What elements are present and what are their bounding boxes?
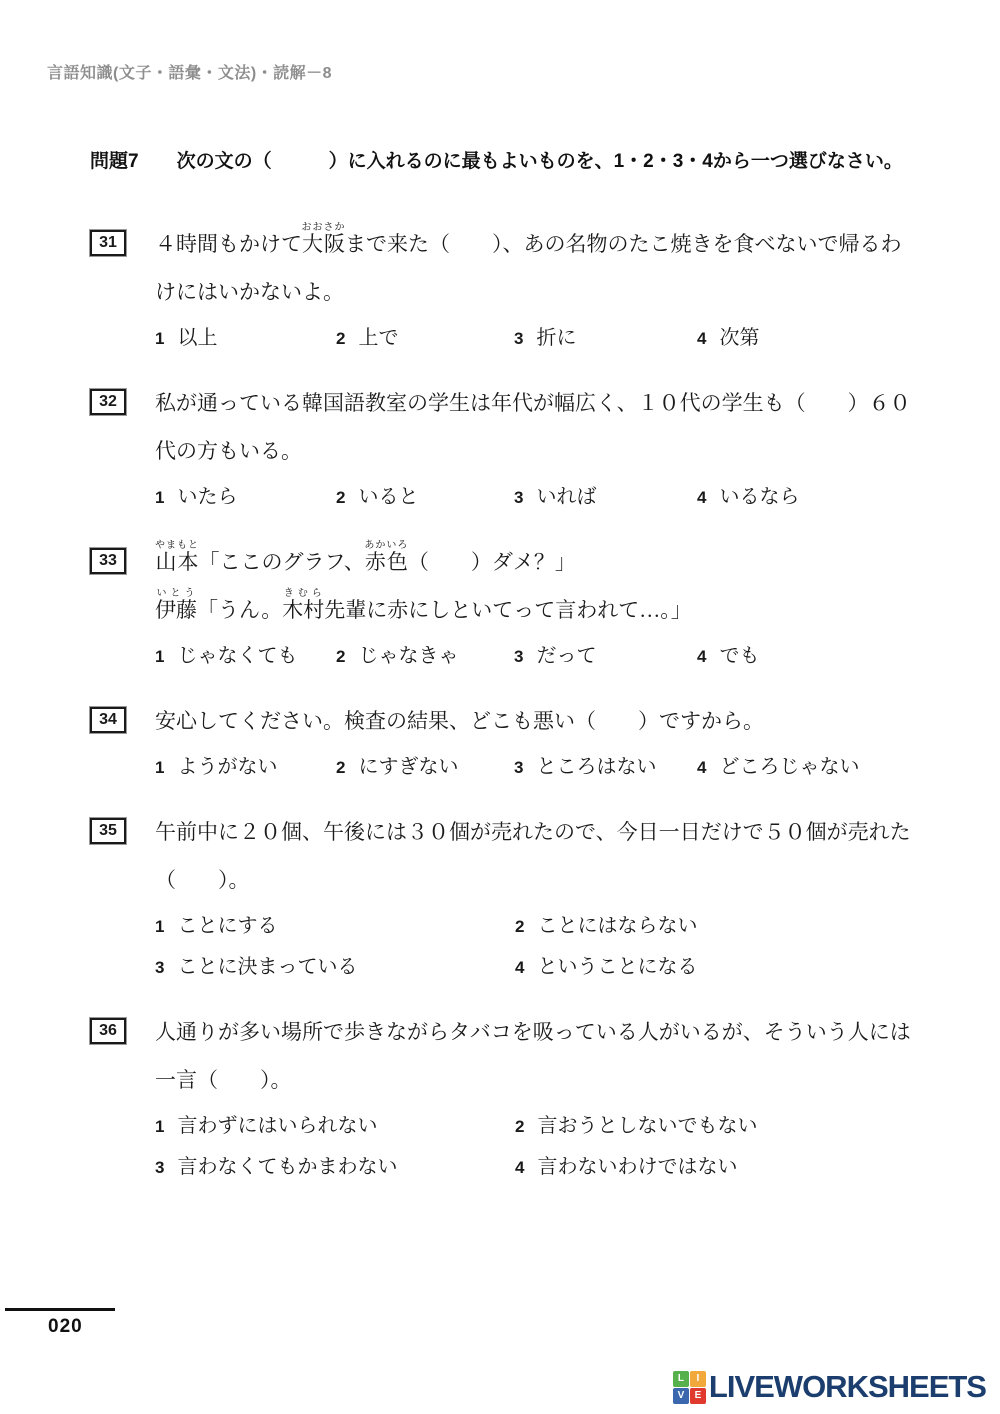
options-row: 1ことにする2ことにはならない3ことに決まっている4ということになる [155, 906, 950, 988]
option-text: 折に [536, 327, 576, 349]
question-block: 35午前中に２０個、午後には３０個が売れたので、今日一日だけで５０個が売れた（ … [0, 808, 1000, 988]
question-text: 安心してください。検査の結果、どこも悪い（ ）ですから。 [155, 709, 764, 733]
option-item[interactable]: 2いると [336, 477, 514, 518]
option-item[interactable]: 4いるなら [697, 477, 950, 518]
question-block: 34安心してください。検査の結果、どこも悪い（ ）ですから。1ようがない2にすぎ… [0, 697, 1000, 788]
option-item[interactable]: 4次第 [697, 318, 950, 359]
logo-letter-square: L [673, 1371, 689, 1387]
option-text: 上で [358, 327, 398, 349]
option-number: 2 [515, 1117, 524, 1136]
option-text: 言おうとしないでもない [537, 1115, 757, 1137]
option-number: 2 [336, 758, 345, 777]
option-number: 1 [155, 329, 164, 348]
question-text-line: 代の方もいる。 [155, 427, 950, 475]
option-item[interactable]: 1言わずにはいられない [155, 1106, 515, 1147]
question-text: 「ここのグラフ、 [199, 550, 365, 574]
options-row: 1じゃなくても2じゃなきゃ3だって4でも [155, 636, 950, 677]
option-text: いるなら [719, 486, 799, 508]
furigana: いとう [155, 588, 197, 599]
option-text: ことにはならない [537, 915, 697, 937]
option-number: 1 [155, 917, 164, 936]
furigana: おおさか [302, 222, 346, 233]
question-block: 36人通りが多い場所で歩きながらタバコを吸っている人がいるが、そういう人には一言… [0, 1008, 1000, 1188]
option-text: 言わないわけではない [537, 1156, 737, 1178]
question-text: けにはいかないよ。 [155, 280, 344, 304]
option-text: 言わずにはいられない [177, 1115, 377, 1137]
option-number: 3 [514, 488, 523, 507]
question-number-box: 33 [90, 548, 126, 574]
option-number: 2 [515, 917, 524, 936]
liveworksheets-logo-icon: LIVE [673, 1371, 706, 1404]
option-text: にすぎない [358, 756, 458, 778]
question-text: まで来た（ ）、あの名物のたこ焼きを食べないで帰るわ [345, 232, 902, 256]
option-text: 言わなくてもかまわない [177, 1156, 397, 1178]
option-item[interactable]: 3言わなくてもかまわない [155, 1147, 515, 1188]
option-item[interactable]: 4言わないわけではない [515, 1147, 950, 1188]
question-text: ４時間もかけて [155, 232, 302, 256]
logo-letter-square: I [690, 1371, 706, 1387]
option-item[interactable]: 2じゃなきゃ [336, 636, 514, 677]
liveworksheets-wordmark: LIVEWORKSHEETS [709, 1369, 986, 1405]
option-number: 1 [155, 488, 164, 507]
option-text: ことにする [177, 915, 277, 937]
option-item[interactable]: 3折に [514, 318, 697, 359]
question-text-line: 安心してください。検査の結果、どこも悪い（ ）ですから。 [155, 697, 950, 745]
option-number: 4 [697, 329, 706, 348]
question-text-line: 午前中に２０個、午後には３０個が売れたので、今日一日だけで５０個が売れた [155, 808, 950, 856]
questions-list: 31４時間もかけて大阪おおさかまで来た（ ）、あの名物のたこ焼きを食べないで帰る… [0, 220, 1000, 1208]
furigana: やまもと [155, 540, 199, 551]
option-item[interactable]: 1ようがない [155, 747, 336, 788]
option-text: だって [536, 645, 596, 667]
question-text: 代の方もいる。 [155, 439, 302, 463]
option-item[interactable]: 2にすぎない [336, 747, 514, 788]
question-number-box: 34 [90, 707, 126, 733]
option-number: 1 [155, 1117, 164, 1136]
question-text-line: ４時間もかけて大阪おおさかまで来た（ ）、あの名物のたこ焼きを食べないで帰るわ [155, 220, 950, 268]
option-number: 1 [155, 758, 164, 777]
liveworksheets-logo: LIVE LIVEWORKSHEETS [673, 1369, 986, 1405]
option-text: じゃなくても [177, 645, 297, 667]
question-number-box: 35 [90, 818, 126, 844]
option-item[interactable]: 2ことにはならない [515, 906, 950, 947]
option-number: 4 [697, 488, 706, 507]
question-text: 私が通っている韓国語教室の学生は年代が幅広く、１０代の学生も（ ）６０ [155, 391, 911, 415]
option-number: 4 [697, 647, 706, 666]
page-number: 020 [48, 1316, 83, 1338]
footer-divider [5, 1308, 115, 1311]
option-number: 3 [514, 329, 523, 348]
option-item[interactable]: 3ところはない [514, 747, 697, 788]
question-text-line: 人通りが多い場所で歩きながらタバコを吸っている人がいるが、そういう人には [155, 1008, 950, 1056]
option-text: ことに決まっている [177, 956, 357, 978]
furigana-term: 大阪おおさか [302, 232, 345, 256]
furigana-term: 山本やまもと [155, 550, 199, 574]
option-number: 4 [697, 758, 706, 777]
question-number-box: 31 [90, 230, 126, 256]
option-item[interactable]: 4でも [697, 636, 950, 677]
options-row: 1言わずにはいられない2言おうとしないでもない3言わなくてもかまわない4言わない… [155, 1106, 950, 1188]
option-item[interactable]: 3いれば [514, 477, 697, 518]
option-number: 3 [514, 758, 523, 777]
option-number: 3 [155, 958, 164, 977]
worksheet-page: 言語知識(文子・語彙・文法)・読解－8 問題7 次の文の（ ）に入れるのに最もよ… [0, 0, 1000, 1414]
logo-letter-square: E [690, 1388, 706, 1404]
question-number-box: 32 [90, 389, 126, 415]
option-number: 3 [514, 647, 523, 666]
furigana-term: 伊藤いとう [155, 598, 197, 622]
option-text: いたら [177, 486, 237, 508]
furigana: きむら [282, 588, 324, 599]
option-item[interactable]: 3ことに決まっている [155, 947, 515, 988]
option-item[interactable]: 4どころじゃない [697, 747, 950, 788]
option-text: でも [719, 645, 759, 667]
question-text-line: 私が通っている韓国語教室の学生は年代が幅広く、１０代の学生も（ ）６０ [155, 379, 950, 427]
question-text: 午前中に２０個、午後には３０個が売れたので、今日一日だけで５０個が売れた [155, 820, 911, 844]
furigana: あかいろ [364, 540, 408, 551]
option-item[interactable]: 1ことにする [155, 906, 515, 947]
question-text-line: 伊藤いとう「うん。木村きむら先輩に赤にしといてって言われて…。」 [155, 586, 950, 634]
furigana-term: 木村きむら [282, 598, 324, 622]
option-number: 4 [515, 958, 524, 977]
option-text: ようがない [177, 756, 277, 778]
option-text: じゃなきゃ [358, 645, 458, 667]
question-text: 先輩に赤にしといてって言われて…。」 [324, 598, 692, 622]
question-text: 人通りが多い場所で歩きながらタバコを吸っている人がいるが、そういう人には [155, 1020, 911, 1044]
question-text: 一言（ ）。 [155, 1068, 292, 1092]
option-item[interactable]: 1じゃなくても [155, 636, 336, 677]
option-item[interactable]: 2上で [336, 318, 514, 359]
question-text-line: （ ）。 [155, 856, 950, 904]
option-text: いれば [536, 486, 596, 508]
question-text: （ ）。 [155, 868, 250, 892]
option-item[interactable]: 2言おうとしないでもない [515, 1106, 950, 1147]
options-row: 1いたら2いると3いれば4いるなら [155, 477, 950, 518]
furigana-term: 赤色あかいろ [365, 550, 408, 574]
question-text-line: 山本やまもと「ここのグラフ、赤色あかいろ（ ）ダメ？」 [155, 538, 950, 586]
problem-number-label: 問題7 [90, 146, 139, 173]
question-text: （ ）ダメ？」 [408, 550, 576, 574]
option-number: 2 [336, 329, 345, 348]
option-number: 1 [155, 647, 164, 666]
problem-title: 問題7 次の文の（ ）に入れるのに最もよいものを、1・2・3・4から一つ選びなさ… [90, 146, 903, 173]
question-text-line: 一言（ ）。 [155, 1056, 950, 1104]
option-text: 以上 [177, 327, 217, 349]
option-item[interactable]: 4ということになる [515, 947, 950, 988]
option-number: 4 [515, 1158, 524, 1177]
option-text: ところはない [536, 756, 656, 778]
page-header: 言語知識(文子・語彙・文法)・読解－8 [47, 60, 332, 83]
option-text: 次第 [719, 327, 759, 349]
option-item[interactable]: 3だって [514, 636, 697, 677]
option-text: どころじゃない [719, 756, 859, 778]
option-number: 2 [336, 647, 345, 666]
question-block: 33山本やまもと「ここのグラフ、赤色あかいろ（ ）ダメ？」伊藤いとう「うん。木村… [0, 538, 1000, 677]
question-number-box: 36 [90, 1018, 126, 1044]
problem-instruction: 次の文の（ ）に入れるのに最もよいものを、1・2・3・4から一つ選びなさい。 [177, 146, 903, 173]
question-text: 「うん。 [197, 598, 282, 622]
question-block: 32私が通っている韓国語教室の学生は年代が幅広く、１０代の学生も（ ）６０代の方… [0, 379, 1000, 518]
option-number: 3 [155, 1158, 164, 1177]
question-text-line: けにはいかないよ。 [155, 268, 950, 316]
option-text: ということになる [537, 956, 697, 978]
question-block: 31４時間もかけて大阪おおさかまで来た（ ）、あの名物のたこ焼きを食べないで帰る… [0, 220, 1000, 359]
option-text: いると [358, 486, 418, 508]
option-number: 2 [336, 488, 345, 507]
logo-letter-square: V [673, 1388, 689, 1404]
option-item[interactable]: 1いたら [155, 477, 336, 518]
options-row: 1ようがない2にすぎない3ところはない4どころじゃない [155, 747, 950, 788]
options-row: 1以上2上で3折に4次第 [155, 318, 950, 359]
option-item[interactable]: 1以上 [155, 318, 336, 359]
